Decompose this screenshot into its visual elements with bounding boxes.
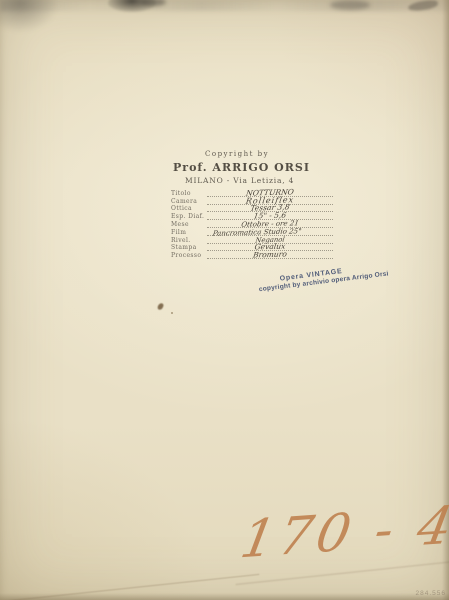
field-label: Rivel. [171, 237, 207, 244]
field-label: Esp. Diaf. [171, 213, 207, 220]
field-label: Camera [171, 198, 207, 205]
field-label: Ottica [171, 205, 207, 212]
ink-smudge-blob [108, 0, 156, 12]
dotted-line: Bromuro [207, 250, 333, 259]
photographer-address: MILANO - Via Letizia, 4 [185, 176, 333, 185]
field-row-processo: Processo Bromuro [171, 251, 333, 259]
field-label: Stampa [171, 244, 207, 251]
top-edge-smudge [0, 0, 449, 11]
field-label: Mese [171, 221, 207, 228]
photographer-name: Prof. ARRIGO ORSI [173, 161, 333, 174]
handwritten-catalog-number: 170 - 4 [236, 496, 449, 571]
opera-vintage-stamp: Opera VINTAGE copyright by archivio oper… [258, 264, 379, 294]
ink-smudge-blob-tail [140, 0, 166, 6]
field-label: Processo [171, 252, 207, 259]
copyright-line: Copyright by [205, 150, 333, 158]
copyright-data-stamp: Copyright by Prof. ARRIGO ORSI MILANO - … [171, 150, 333, 259]
small-speck [171, 312, 173, 314]
top-right-mark [408, 0, 439, 12]
top-center-smudge [330, 0, 370, 10]
field-label: Film [171, 229, 207, 236]
photo-verso-paper: Copyright by Prof. ARRIGO ORSI MILANO - … [0, 0, 449, 600]
top-left-smudge [0, 0, 62, 35]
handwritten-value: Bromuro [206, 249, 334, 261]
field-label: Titolo [171, 190, 207, 197]
paper-crease-left [0, 574, 259, 600]
brown-stain-speck [157, 302, 164, 310]
corner-inventory-number: 284.556 [416, 590, 447, 597]
bottom-edge-shadow [0, 593, 449, 600]
